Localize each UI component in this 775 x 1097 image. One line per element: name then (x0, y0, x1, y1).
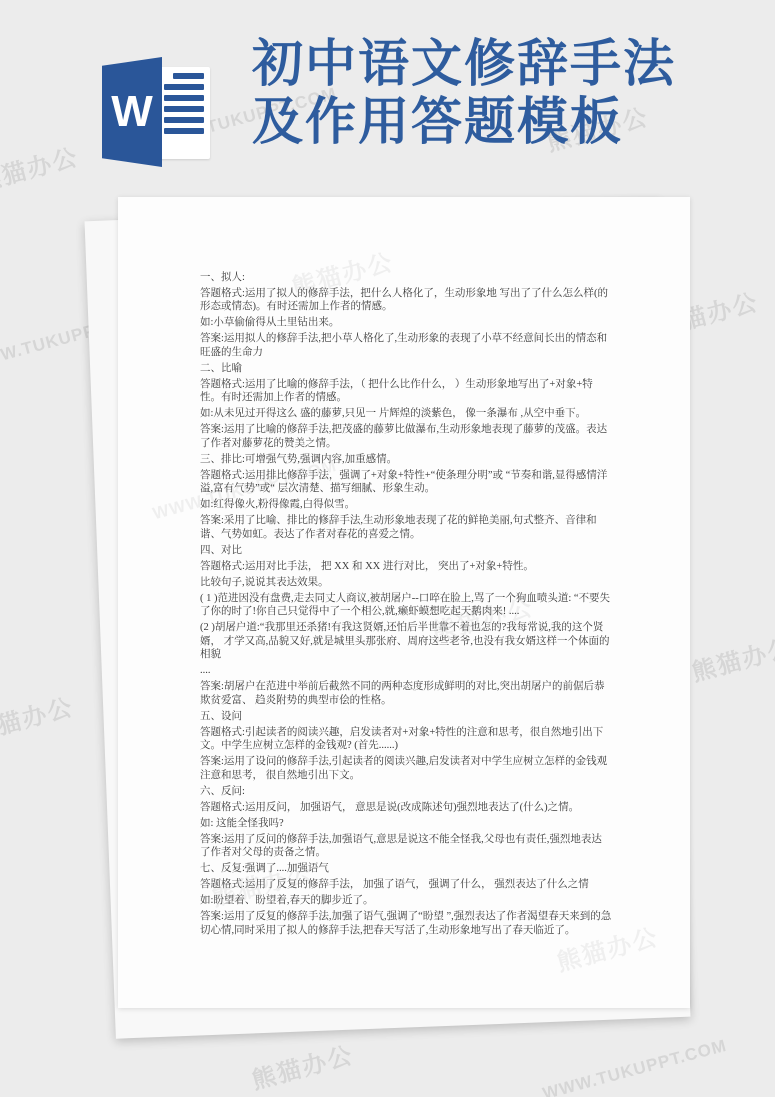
word-icon-page (158, 67, 210, 159)
header: W 初中语文修辞手法 及作用答题模板 (0, 0, 775, 190)
paragraph: 答题格式:运用对比手法， 把 XX 和 XX 进行对比， 突出了+对象+特性。 (200, 560, 612, 574)
word-icon-line (173, 73, 204, 79)
paragraph: 如:从未见过开得这么 盛的藤萝,只见一 片辉煌的淡紫色， 像一条瀑布 ,从空中垂… (200, 407, 612, 421)
paragraph: 二、比喻 (200, 362, 612, 376)
paragraph: 答案:运用了设问的修辞手法,引起读者的阅读兴趣,启发读者对中学生应树立怎样的金钱… (200, 755, 612, 782)
paragraph: 答题格式:运用了拟人的修辞手法，把什么人格化了，生动形象地 写出了了什么怎么样(… (200, 287, 612, 314)
watermark: 熊猫办公 (247, 1035, 357, 1096)
paragraph: 六、反问: (200, 785, 612, 799)
word-icon-panel: W (102, 57, 162, 167)
word-icon-line (164, 128, 204, 134)
watermark: 熊猫办公 (0, 687, 77, 748)
paragraph: 一、拟人: (200, 271, 612, 285)
paragraph: 答题格式:运用反问， 加强语气， 意思是说(改成陈述句)强烈地表达了(什么)之情… (200, 801, 612, 815)
word-icon-line (164, 84, 204, 90)
paragraph: 答题格式:引起读者的阅读兴趣，启发读者对+对象+特性的注意和思考，很自然地引出下… (200, 726, 612, 753)
paragraph: 答案:运用了比喻的修辞手法,把茂盛的藤萝比做瀑布,生动形象地表现了藤萝的茂盛。表… (200, 423, 612, 450)
paragraph: 答题格式:运用了比喻的修辞手法，（ 把什么比作什么， ）生动形象地写出了+对象+… (200, 378, 612, 405)
word-icon-line (164, 106, 204, 112)
paragraph: 如:小草偷偷得从土里钻出来。 (200, 316, 612, 330)
paragraph: 答案:运用了反问的修辞手法,加强语气,意思是说这不能全怪我,父母也有责任,强烈地… (200, 833, 612, 860)
page-title-line1: 初中语文修辞手法 (252, 36, 722, 94)
paragraph: 如: 这能全怪我吗? (200, 817, 612, 831)
paragraph: 三、排比:可增强气势,强调内容,加重感情。 (200, 453, 612, 467)
watermark: 熊猫办公 (687, 627, 775, 688)
paragraph: 四、对比 (200, 544, 612, 558)
paragraph: 答案:采用了比喻、排比的修辞手法,生动形象地表现了花的鲜艳美丽,句式整齐、音律和… (200, 514, 612, 541)
document-body: 一、拟人: 答题格式:运用了拟人的修辞手法，把什么人格化了，生动形象地 写出了了… (200, 268, 612, 940)
paragraph: 答案:胡屠户在范进中举前后截然不同的两种态度形成鲜明的对比,突出胡屠户的前倨后恭… (200, 680, 612, 707)
paragraph: 如:红得像火,粉得像霞,白得似雪。 (200, 498, 612, 512)
paragraph: 答案:运用拟人的修辞手法,把小草人格化了,生动形象的表现了小草不经意间长出的情态… (200, 332, 612, 359)
paragraph: .... (200, 664, 612, 678)
word-file-icon: W (102, 57, 214, 167)
word-icon-line (164, 117, 204, 123)
paragraph: 答案:运用了反复的修辞手法,加强了语气,强调了“盼望 ”,强烈表达了作者渴望春天… (200, 910, 612, 937)
word-icon-letter: W (111, 90, 153, 134)
page-title-line2: 及作用答题模板 (252, 94, 722, 152)
paragraph: (2 )胡屠户道:“我那里还杀猪!有我这贤婿,还怕后半世靠不着也怎的?我每常说,… (200, 621, 612, 662)
paper-sheet-front: 一、拟人: 答题格式:运用了拟人的修辞手法，把什么人格化了，生动形象地 写出了了… (118, 197, 690, 1008)
paragraph: 比较句子,说说其表达效果。 (200, 576, 612, 590)
watermark-url: WWW.TUKUPPT.COM (541, 1036, 729, 1097)
word-icon-line (164, 95, 204, 101)
paragraph: ( 1 )范进因没有盘费,走去同丈人商议,被胡屠户--口啐在脸上,骂了一个狗血喷… (200, 592, 612, 619)
paragraph: 五、设问 (200, 710, 612, 724)
page-title: 初中语文修辞手法 及作用答题模板 (252, 36, 722, 152)
page-background: 熊猫办公 WWW.TUKUPPT.COM 熊猫办公 熊猫办公 WWW.TUKUP… (0, 0, 775, 1097)
